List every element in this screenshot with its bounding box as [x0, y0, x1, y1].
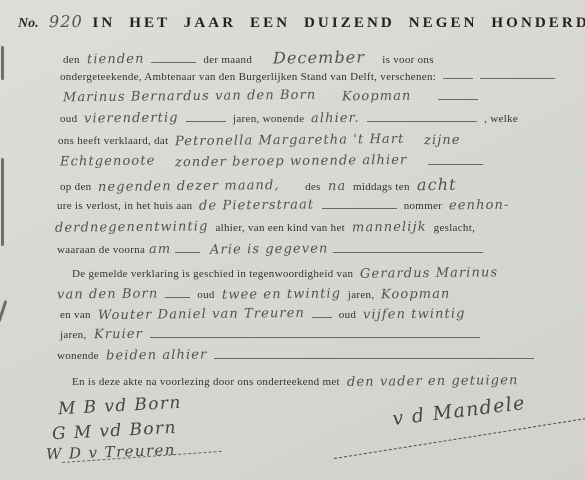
printed-text: waaraan de voorna [57, 244, 145, 256]
filler-line [150, 337, 480, 338]
handwritten-text: den vader en getuigen [347, 373, 519, 390]
declarant-line: Marinus Bernardus van den Born Koopman [63, 89, 478, 104]
scan-edge-artifact [1, 158, 4, 246]
filler-line [480, 78, 555, 79]
handwritten-hour: acht [417, 175, 457, 194]
witness1-line: van den Born oud twee en twintig jaren, … [57, 287, 451, 302]
printed-text: en van [60, 309, 91, 321]
handwritten-occupation: Koopman [381, 287, 451, 303]
header-line: No. 920 IN HET JAAR EEN DUIZEND NEGEN HO… [18, 12, 585, 32]
handwritten-occupation: Kruier [93, 327, 142, 343]
handwritten-declarant-occupation: Koopman [342, 89, 412, 105]
handwritten-residence: beiden alhier [106, 347, 207, 363]
printed-text: oud [339, 309, 356, 321]
filler-line [333, 252, 483, 253]
handwritten-house-number: derdnegenentwintig [55, 219, 209, 236]
birth-place-line: ure is verlost, in het huis aan de Piete… [57, 198, 510, 213]
printed-text: op den [60, 181, 91, 193]
filler-line [165, 297, 190, 298]
handwritten-street: de Pieterstraat [199, 197, 314, 213]
handwritten-witness1-name: Gerardus Marinus [360, 265, 498, 281]
handwritten-birth-day: negenden dezer maand, [98, 178, 280, 195]
printed-text: der maand [203, 54, 252, 66]
printed-text: is voor ons [382, 54, 434, 66]
printed-text: ondergeteekende, Ambtenaar van den Burge… [60, 71, 436, 83]
printed-text: oud [197, 289, 214, 301]
printed-text: jaren, [348, 289, 375, 301]
filler-line [322, 208, 397, 209]
handwritten-text: zonder beroep wonende alhier [175, 153, 407, 170]
handwritten-month: December [273, 48, 365, 68]
printed-text: , welke [484, 113, 518, 125]
child-name-line: waaraan de voorna am Arie is gegeven [57, 242, 483, 257]
date-line: den tienden der maand December is voor o… [63, 48, 434, 67]
filler-line [438, 99, 478, 100]
printed-text: En is deze akte na voorlezing door ons o… [72, 376, 340, 388]
handwritten-text: am [149, 242, 171, 257]
printed-text: den [63, 54, 80, 66]
printed-text: geslacht, [434, 222, 476, 234]
signature-registrar: v d Mandele [391, 392, 527, 430]
birth-certificate-scan: No. 920 IN HET JAAR EEN DUIZEND NEGEN HO… [0, 0, 585, 480]
handwritten-age: twee en twintig [222, 286, 341, 302]
handwritten-day: tienden [87, 52, 145, 68]
handwritten-text: zijne [424, 133, 461, 148]
handwritten-witness2-name: Wouter Daniel van Treuren [98, 306, 305, 323]
printed-text: jaren, [60, 329, 87, 341]
signature-witness2: W D v Treuren [46, 441, 176, 464]
registrar-paraph-flourish [334, 418, 585, 459]
filler-line [443, 78, 473, 79]
handwritten-age: vierendertig [84, 111, 179, 127]
scan-edge-artifact [1, 46, 4, 80]
declaration-line: ons heeft verklaard, dat Petronella Marg… [58, 133, 461, 148]
witness2-occupation-line: jaren, Kruier [60, 327, 480, 342]
birth-time-line: op den negenden dezer maand, des na midd… [60, 175, 456, 194]
closing-line: En is deze akte na voorlezing door ons o… [72, 374, 518, 389]
mother-line: Echtgenoote zonder beroep wonende alhier [60, 154, 483, 169]
printed-text: alhier, van een kind van het [215, 222, 345, 234]
signature-father: M B vd Born [58, 393, 183, 419]
declarant-age-line: oud vierendertig jaren, wonende alhier. … [60, 111, 518, 126]
handwritten-witness1-name: van den Born [57, 286, 158, 302]
document-title: IN HET JAAR EEN DUIZEND NEGEN HONDERD ZE… [92, 15, 585, 32]
handwritten-declarant-name: Marinus Bernardus van den Born [63, 88, 317, 106]
filler-line [186, 121, 226, 122]
registration-number-value: 920 [49, 12, 83, 31]
printed-text: des [305, 181, 321, 193]
handwritten-residence: alhier. [311, 111, 360, 127]
house-number-line: derdnegenentwintig alhier, van een kind … [55, 220, 475, 235]
handwritten-text: na [328, 179, 346, 194]
printed-text: oud [60, 113, 77, 125]
printed-text: De gemelde verklaring is geschied in teg… [72, 268, 353, 280]
filler-line [151, 62, 196, 63]
handwritten-child-name: Arie is gegeven [210, 241, 329, 257]
handwritten-mother-name: Petronella Margaretha 't Hart [175, 132, 405, 149]
handwritten-house-number: eenhon- [449, 198, 510, 214]
filler-line [214, 358, 534, 359]
signature-witness1: G M vd Born [52, 418, 178, 445]
printed-text: nommer [404, 200, 442, 212]
witness2-line: en van Wouter Daniel van Treuren oud vij… [60, 307, 466, 322]
filler-line [428, 164, 483, 165]
scan-edge-artifact [0, 300, 7, 322]
filler-line [175, 252, 200, 253]
handwritten-age: vijfen twintig [363, 306, 466, 322]
registration-number-label: No. [18, 16, 39, 32]
filler-line [367, 121, 477, 122]
filler-line [312, 317, 332, 318]
handwritten-gender: mannelijk [352, 220, 427, 236]
witness-residence-line: wonende beiden alhier [57, 348, 534, 363]
registrar-line: ondergeteekende, Ambtenaar van den Burge… [60, 71, 555, 83]
printed-text: ure is verlost, in het huis aan [57, 200, 192, 212]
printed-text: wonende [57, 350, 99, 362]
printed-text: middags ten [353, 181, 410, 193]
printed-text: jaren, wonende [233, 113, 304, 125]
printed-text: ons heeft verklaard, dat [58, 135, 168, 147]
witness-intro-line: De gemelde verklaring is geschied in teg… [72, 266, 499, 281]
handwritten-text: Echtgenoote [60, 154, 156, 170]
